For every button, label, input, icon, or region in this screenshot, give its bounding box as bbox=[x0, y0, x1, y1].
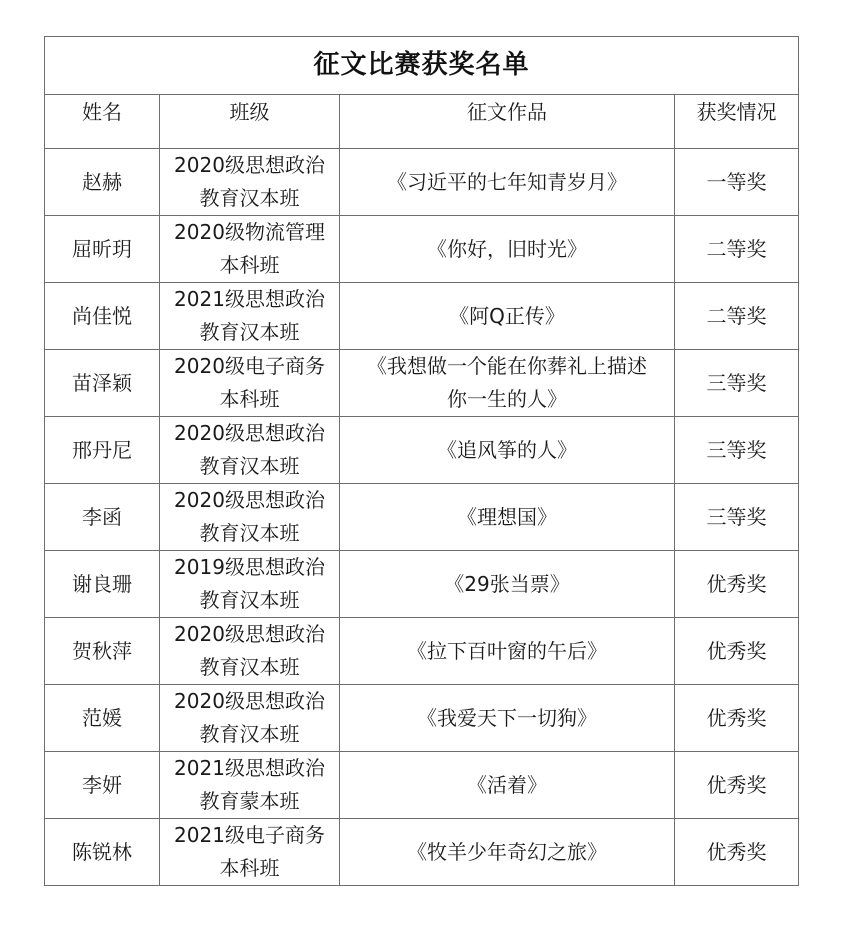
column-header-award: 获奖情况 bbox=[675, 95, 799, 149]
table-row: 赵赫 2020级思想政治 教育汉本班 《习近平的七年知青岁月》 一等奖 bbox=[45, 149, 799, 216]
table-row: 邢丹尼 2020级思想政治 教育汉本班 《追风筝的人》 三等奖 bbox=[45, 417, 799, 484]
award-level: 优秀奖 bbox=[707, 840, 767, 864]
work-line-1: 《习近平的七年知青岁月》 bbox=[342, 166, 672, 199]
student-name: 尚佳悦 bbox=[72, 304, 132, 328]
award-level: 优秀奖 bbox=[707, 572, 767, 596]
student-name: 陈锐林 bbox=[72, 840, 132, 864]
cell-name: 贺秋萍 bbox=[45, 618, 160, 685]
class-line-2: 本科班 bbox=[162, 249, 337, 282]
student-name: 谢良珊 bbox=[72, 572, 132, 596]
cell-class: 2020级电子商务 本科班 bbox=[160, 350, 340, 417]
class-line-1: 2020级思想政治 bbox=[162, 484, 337, 517]
student-name: 屈昕玥 bbox=[72, 237, 132, 261]
cell-award: 优秀奖 bbox=[675, 819, 799, 886]
student-name: 赵赫 bbox=[82, 170, 122, 194]
cell-class: 2020级思想政治 教育汉本班 bbox=[160, 484, 340, 551]
class-line-1: 2020级思想政治 bbox=[162, 149, 337, 182]
header-row: 姓名 班级 征文作品 获奖情况 bbox=[45, 95, 799, 149]
award-level: 一等奖 bbox=[707, 170, 767, 194]
cell-class: 2019级思想政治 教育汉本班 bbox=[160, 551, 340, 618]
cell-name: 屈昕玥 bbox=[45, 216, 160, 283]
award-level: 三等奖 bbox=[707, 438, 767, 462]
cell-name: 陈锐林 bbox=[45, 819, 160, 886]
cell-name: 谢良珊 bbox=[45, 551, 160, 618]
class-line-1: 2021级思想政治 bbox=[162, 752, 337, 785]
cell-work: 《阿Q正传》 bbox=[340, 283, 675, 350]
class-line-1: 2020级思想政治 bbox=[162, 417, 337, 450]
award-level: 二等奖 bbox=[707, 304, 767, 328]
cell-work: 《牧羊少年奇幻之旅》 bbox=[340, 819, 675, 886]
cell-work: 《习近平的七年知青岁月》 bbox=[340, 149, 675, 216]
award-list-table: 征文比赛获奖名单 姓名 班级 征文作品 获奖情况 赵赫 2020级思想政治 教育… bbox=[44, 36, 799, 886]
table-row: 尚佳悦 2021级思想政治 教育汉本班 《阿Q正传》 二等奖 bbox=[45, 283, 799, 350]
cell-award: 优秀奖 bbox=[675, 752, 799, 819]
cell-work: 《我想做一个能在你葬礼上描述 你一生的人》 bbox=[340, 350, 675, 417]
cell-award: 三等奖 bbox=[675, 417, 799, 484]
cell-name: 苗泽颖 bbox=[45, 350, 160, 417]
table-row: 李妍 2021级思想政治 教育蒙本班 《活着》 优秀奖 bbox=[45, 752, 799, 819]
student-name: 邢丹尼 bbox=[72, 438, 132, 462]
cell-class: 2020级思想政治 教育汉本班 bbox=[160, 618, 340, 685]
award-level: 优秀奖 bbox=[707, 639, 767, 663]
cell-work: 《活着》 bbox=[340, 752, 675, 819]
cell-work: 《理想国》 bbox=[340, 484, 675, 551]
work-line-1: 《活着》 bbox=[342, 769, 672, 802]
table-body: 赵赫 2020级思想政治 教育汉本班 《习近平的七年知青岁月》 一等奖 屈昕玥 … bbox=[45, 149, 799, 886]
student-name: 贺秋萍 bbox=[72, 639, 132, 663]
cell-class: 2021级思想政治 教育蒙本班 bbox=[160, 752, 340, 819]
cell-class: 2021级电子商务 本科班 bbox=[160, 819, 340, 886]
title-row: 征文比赛获奖名单 bbox=[45, 37, 799, 95]
table-row: 屈昕玥 2020级物流管理 本科班 《你好，旧时光》 二等奖 bbox=[45, 216, 799, 283]
class-line-2: 教育汉本班 bbox=[162, 182, 337, 215]
class-line-2: 教育汉本班 bbox=[162, 584, 337, 617]
cell-name: 范媛 bbox=[45, 685, 160, 752]
cell-class: 2020级物流管理 本科班 bbox=[160, 216, 340, 283]
table-row: 谢良珊 2019级思想政治 教育汉本班 《29张当票》 优秀奖 bbox=[45, 551, 799, 618]
work-line-2: 你一生的人》 bbox=[342, 383, 672, 416]
cell-name: 尚佳悦 bbox=[45, 283, 160, 350]
award-level: 二等奖 bbox=[707, 237, 767, 261]
work-line-1: 《你好，旧时光》 bbox=[342, 233, 672, 266]
cell-name: 李妍 bbox=[45, 752, 160, 819]
work-line-1: 《追风筝的人》 bbox=[342, 434, 672, 467]
class-line-1: 2021级思想政治 bbox=[162, 283, 337, 316]
class-line-2: 教育蒙本班 bbox=[162, 785, 337, 818]
class-line-2: 本科班 bbox=[162, 852, 337, 885]
table-row: 范媛 2020级思想政治 教育汉本班 《我爱天下一切狗》 优秀奖 bbox=[45, 685, 799, 752]
cell-award: 三等奖 bbox=[675, 484, 799, 551]
student-name: 李函 bbox=[82, 505, 122, 529]
award-level: 三等奖 bbox=[707, 371, 767, 395]
column-header-name: 姓名 bbox=[45, 95, 160, 149]
class-line-1: 2020级电子商务 bbox=[162, 350, 337, 383]
award-level: 三等奖 bbox=[707, 505, 767, 529]
table-row: 苗泽颖 2020级电子商务 本科班 《我想做一个能在你葬礼上描述 你一生的人》 … bbox=[45, 350, 799, 417]
class-line-1: 2020级思想政治 bbox=[162, 685, 337, 718]
cell-work: 《29张当票》 bbox=[340, 551, 675, 618]
table-title: 征文比赛获奖名单 bbox=[45, 37, 799, 95]
class-line-2: 教育汉本班 bbox=[162, 450, 337, 483]
cell-work: 《我爱天下一切狗》 bbox=[340, 685, 675, 752]
cell-award: 优秀奖 bbox=[675, 685, 799, 752]
column-header-class: 班级 bbox=[160, 95, 340, 149]
cell-name: 邢丹尼 bbox=[45, 417, 160, 484]
cell-award: 二等奖 bbox=[675, 216, 799, 283]
student-name: 苗泽颖 bbox=[72, 371, 132, 395]
cell-name: 赵赫 bbox=[45, 149, 160, 216]
cell-name: 李函 bbox=[45, 484, 160, 551]
cell-work: 《追风筝的人》 bbox=[340, 417, 675, 484]
table-row: 李函 2020级思想政治 教育汉本班 《理想国》 三等奖 bbox=[45, 484, 799, 551]
class-line-2: 教育汉本班 bbox=[162, 517, 337, 550]
cell-award: 一等奖 bbox=[675, 149, 799, 216]
class-line-2: 教育汉本班 bbox=[162, 651, 337, 684]
cell-class: 2021级思想政治 教育汉本班 bbox=[160, 283, 340, 350]
table-row: 陈锐林 2021级电子商务 本科班 《牧羊少年奇幻之旅》 优秀奖 bbox=[45, 819, 799, 886]
cell-class: 2020级思想政治 教育汉本班 bbox=[160, 149, 340, 216]
cell-award: 三等奖 bbox=[675, 350, 799, 417]
column-header-work: 征文作品 bbox=[340, 95, 675, 149]
work-line-1: 《牧羊少年奇幻之旅》 bbox=[342, 836, 672, 869]
class-line-1: 2020级思想政治 bbox=[162, 618, 337, 651]
work-line-1: 《理想国》 bbox=[342, 501, 672, 534]
work-line-1: 《阿Q正传》 bbox=[342, 300, 672, 333]
student-name: 李妍 bbox=[82, 773, 122, 797]
table-row: 贺秋萍 2020级思想政治 教育汉本班 《拉下百叶窗的午后》 优秀奖 bbox=[45, 618, 799, 685]
cell-award: 优秀奖 bbox=[675, 618, 799, 685]
award-level: 优秀奖 bbox=[707, 773, 767, 797]
cell-award: 优秀奖 bbox=[675, 551, 799, 618]
work-line-1: 《我爱天下一切狗》 bbox=[342, 702, 672, 735]
cell-class: 2020级思想政治 教育汉本班 bbox=[160, 685, 340, 752]
work-line-1: 《我想做一个能在你葬礼上描述 bbox=[342, 350, 672, 383]
work-line-1: 《29张当票》 bbox=[342, 568, 672, 601]
cell-award: 二等奖 bbox=[675, 283, 799, 350]
cell-work: 《拉下百叶窗的午后》 bbox=[340, 618, 675, 685]
class-line-2: 教育汉本班 bbox=[162, 316, 337, 349]
student-name: 范媛 bbox=[82, 706, 122, 730]
award-level: 优秀奖 bbox=[707, 706, 767, 730]
class-line-1: 2020级物流管理 bbox=[162, 216, 337, 249]
work-line-1: 《拉下百叶窗的午后》 bbox=[342, 635, 672, 668]
class-line-1: 2019级思想政治 bbox=[162, 551, 337, 584]
cell-work: 《你好，旧时光》 bbox=[340, 216, 675, 283]
cell-class: 2020级思想政治 教育汉本班 bbox=[160, 417, 340, 484]
class-line-2: 本科班 bbox=[162, 383, 337, 416]
class-line-1: 2021级电子商务 bbox=[162, 819, 337, 852]
class-line-2: 教育汉本班 bbox=[162, 718, 337, 751]
